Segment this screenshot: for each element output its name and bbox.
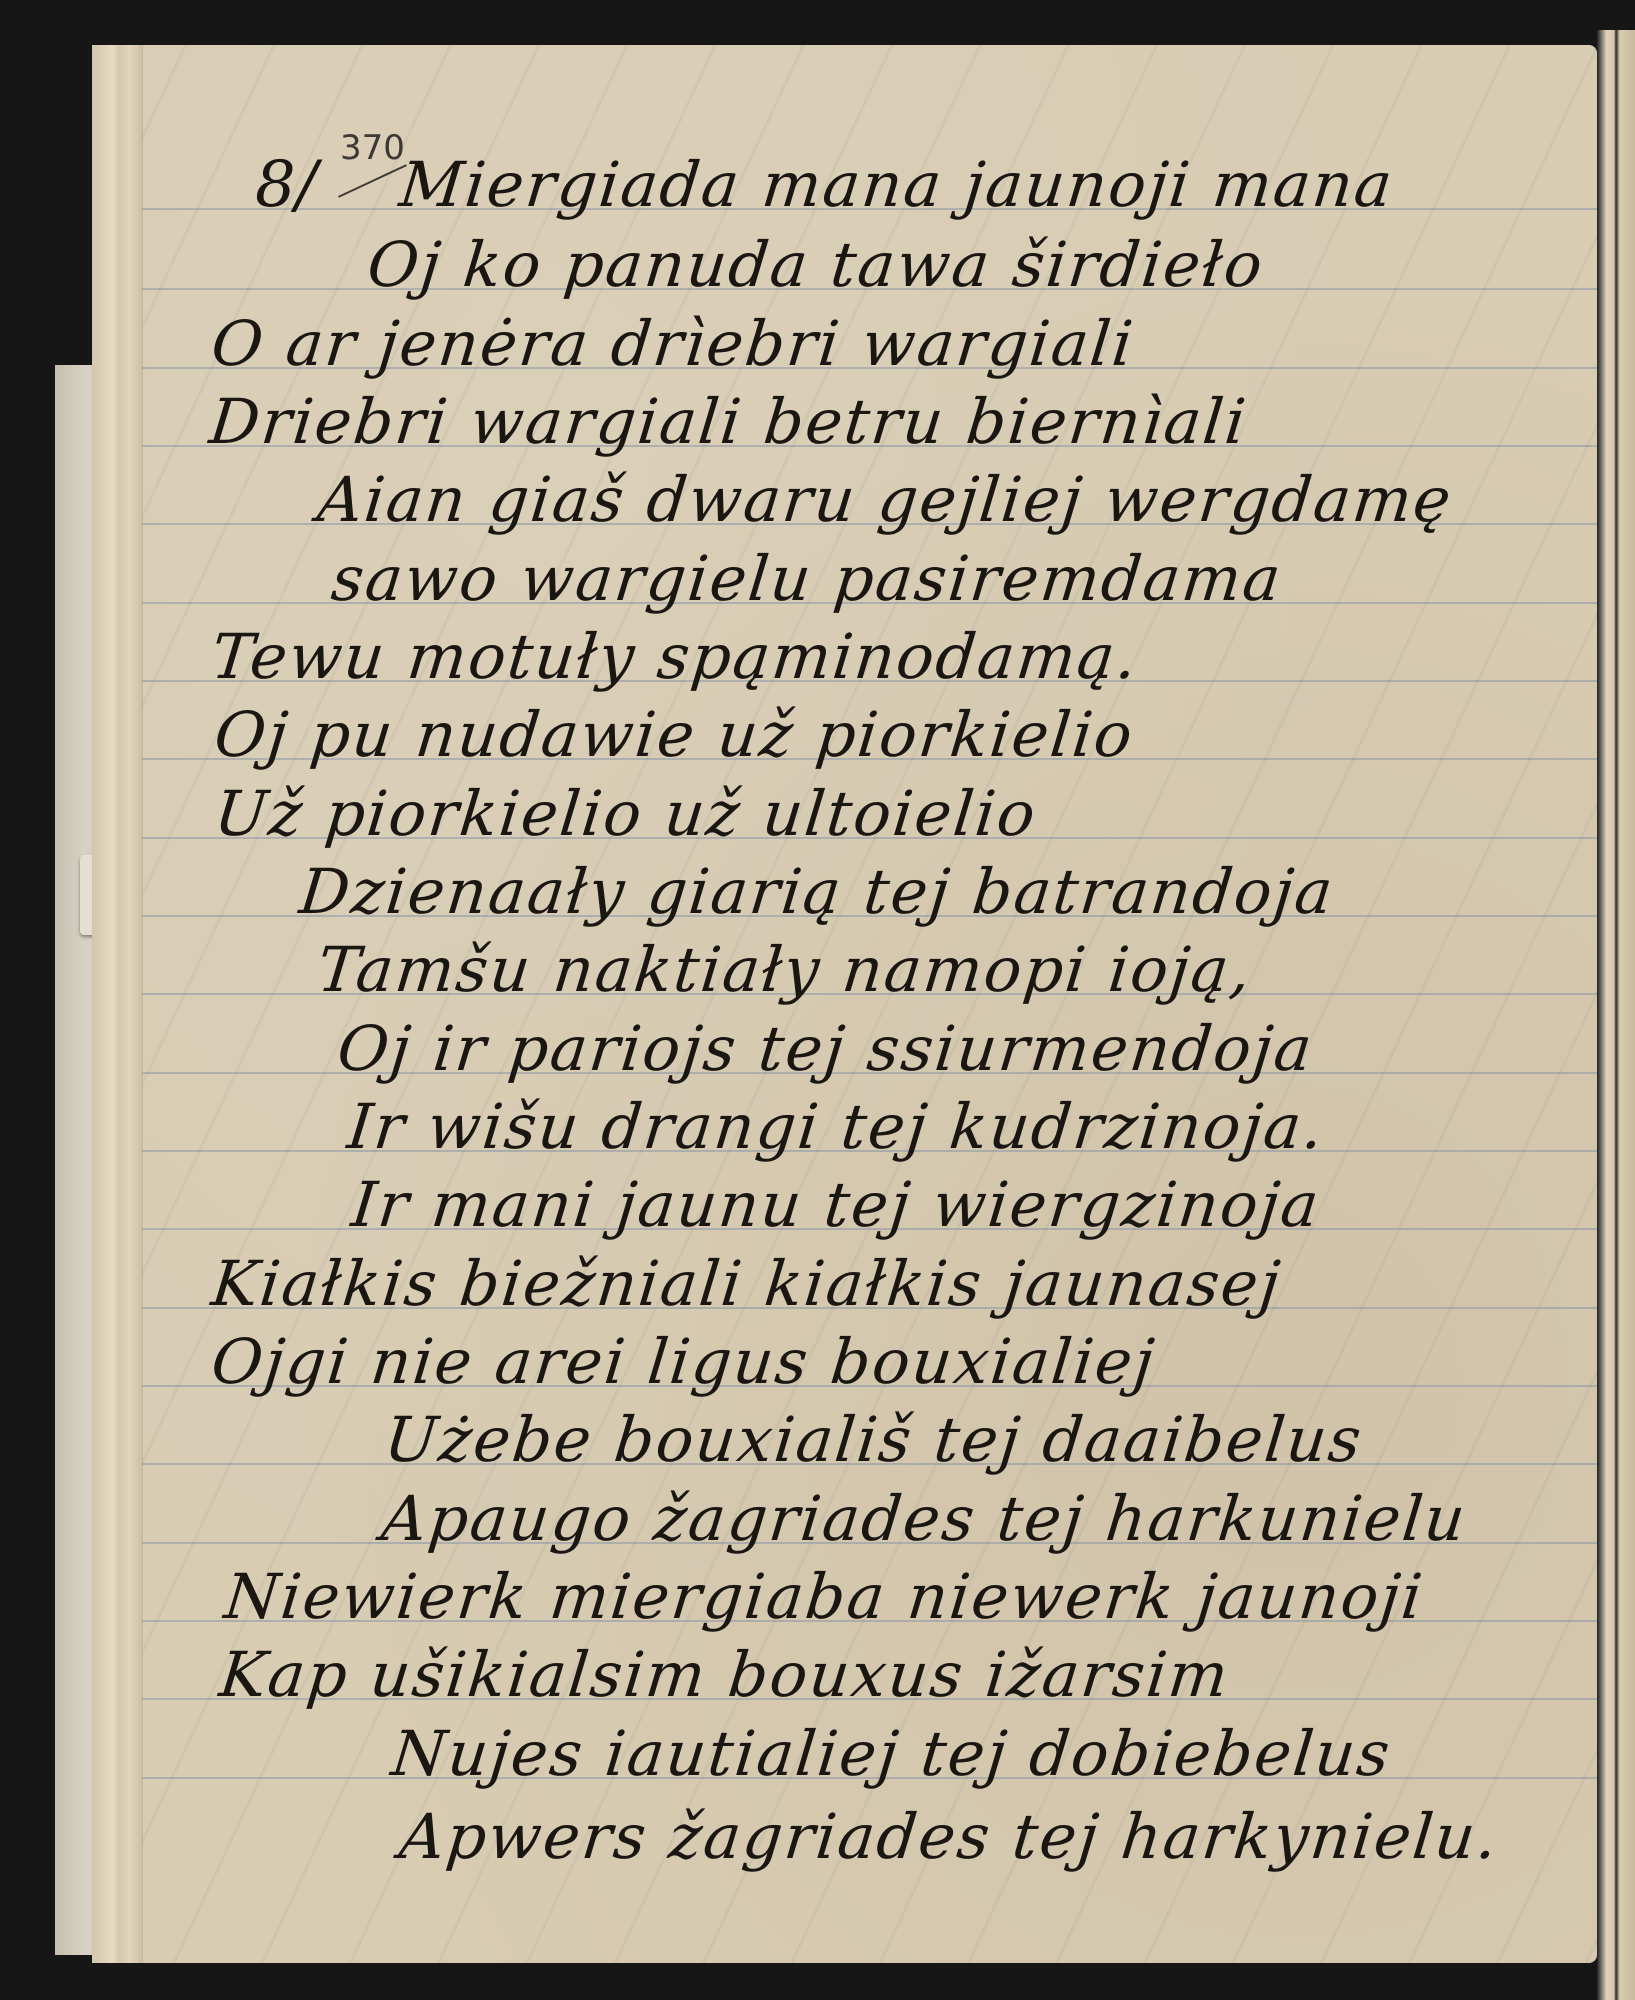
archive-number-underline — [338, 164, 407, 198]
verse-line: O ar jenėra drìebri wargiali — [208, 307, 1138, 380]
verse-line: Miergiada mana jaunoji mana — [396, 148, 1397, 221]
verse-line: Niewierk miergiaba niewerk jaunoji — [221, 1560, 1427, 1633]
verse-line: Tamšu naktiały namopi ioją, — [314, 933, 1256, 1006]
verse-line: Už piorkielio už ultoielio — [211, 777, 1040, 850]
verse-line: Driebri wargiali betru biernìali — [206, 385, 1251, 458]
verse-line: Kiałkis biežniali kiałkis jaunasej — [208, 1247, 1285, 1320]
verse-line: Ojgi nie arei ligus bouxialiej — [208, 1325, 1159, 1398]
entry-number: 8/ — [255, 148, 317, 222]
verse-line: Użebe bouxiališ tej daaibelus — [381, 1403, 1366, 1476]
verse-line: Tewu motuły spąminodamą. — [208, 620, 1142, 693]
verse-line: Apaugo žagriades tej harkunielu — [378, 1482, 1470, 1555]
verse-line: Ir mani jaunu tej wiergzinoja — [348, 1168, 1324, 1241]
handwritten-text: 370 8/ Miergiada mana jaunoji mana Oj ko… — [0, 0, 1635, 2000]
verse-line: Oj ir pariojs tej ssiurmendoja — [334, 1012, 1317, 1085]
verse-line: Aian giaš dwaru gejliej wergdamę — [314, 463, 1456, 536]
verse-line: Apwers žagriades tej harkynielu. — [396, 1800, 1502, 1873]
verse-line: sawo wargielu pasiremdama — [328, 542, 1286, 615]
verse-line: Nujes iautialiej tej dobiebelus — [388, 1717, 1395, 1790]
verse-line: Oj ko panuda tawa širdieło — [364, 228, 1267, 301]
verse-line: Kap ušikialsim bouxus ižarsim — [216, 1638, 1233, 1711]
verse-line: Ir wišu drangi tej kudrzinoja. — [344, 1090, 1328, 1163]
verse-line: Dzienaały giarią tej batrandoja — [296, 855, 1338, 928]
verse-line: Oj pu nudawie už piorkielio — [211, 698, 1137, 771]
archive-number: 370 — [340, 128, 405, 168]
